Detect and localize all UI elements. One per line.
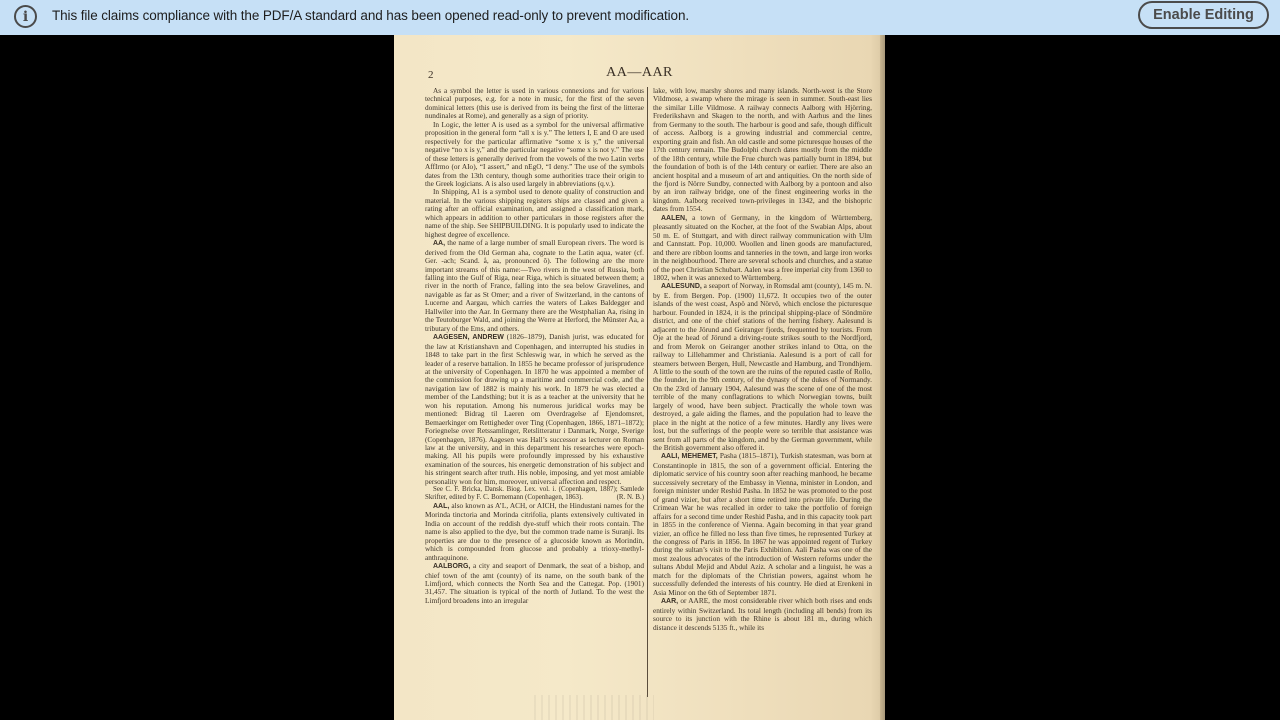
article-paragraph: lake, with low, marshy shores and many i… (653, 87, 872, 214)
entry-text: lake, with low, marshy shores and many i… (653, 86, 872, 213)
entry-text: also known as A’L, ACH, or AICH, the Hin… (425, 501, 644, 562)
article-entry: AA, the name of a large number of small … (425, 239, 644, 333)
entry-headword: AALESUND, (661, 283, 702, 290)
article-paragraph: In Shipping, A1 is a symbol used to deno… (425, 188, 644, 239)
running-head: AA—AAR (394, 65, 885, 81)
article-paragraph: As a symbol the letter is used in variou… (425, 87, 644, 121)
column-divider (647, 87, 648, 697)
article-paragraph: In Logic, the letter A is used as a symb… (425, 121, 644, 189)
right-column: lake, with low, marshy shores and many i… (653, 87, 872, 632)
entry-headword: AAL, (433, 503, 449, 510)
article-entry: AAL, also known as A’L, ACH, or AICH, th… (425, 502, 644, 562)
left-column: As a symbol the letter is used in variou… (425, 87, 644, 605)
page-edge (880, 35, 885, 720)
enable-editing-button[interactable]: Enable Editing (1138, 1, 1269, 29)
entry-headword: AA, (433, 240, 445, 247)
entry-headword: AALEN, (661, 215, 687, 222)
entry-text: a town of Germany, in the kingdom of Wür… (653, 213, 872, 282)
entry-headword: AAGESEN, ANDREW (433, 334, 504, 341)
entry-text: a seaport of Norway, in Romsdal amt (cou… (653, 281, 872, 452)
article-entry: AALBORG, a city and seaport of Denmark, … (425, 562, 644, 605)
entry-text: or AARE, the most considerable river whi… (653, 596, 872, 631)
entry-text: As a symbol the letter is used in variou… (425, 86, 644, 120)
article-entry: AALI, MEHEMET, Pasha (1815–1871), Turkis… (653, 452, 872, 597)
entry-text: (1826–1879), Danish jurist, was educated… (425, 332, 644, 486)
entry-headword: AAR, (661, 598, 678, 605)
article-entry: AALESUND, a seaport of Norway, in Romsda… (653, 282, 872, 452)
entry-text: In Logic, the letter A is used as a symb… (425, 120, 644, 188)
info-icon: i (14, 5, 37, 28)
article-entry: AAGESEN, ANDREW (1826–1879), Danish juri… (425, 333, 644, 486)
entry-text: In Shipping, A1 is a symbol used to deno… (425, 187, 644, 238)
read-only-info-bar: i This file claims compliance with the P… (0, 0, 1280, 35)
article-entry: AAR, or AARE, the most considerable rive… (653, 597, 872, 632)
scan-artifact (534, 695, 654, 720)
entry-text: Pasha (1815–1871), Turkish statesman, wa… (653, 451, 872, 596)
info-message: This file claims compliance with the PDF… (52, 8, 689, 23)
entry-text: the name of a large number of small Euro… (425, 238, 644, 333)
entry-headword: AALI, MEHEMET, (661, 453, 718, 460)
document-page[interactable]: 2 AA—AAR As a symbol the letter is used … (394, 35, 885, 720)
article-paragraph: See C. F. Bricka, Dansk. Biog. Lex. vol.… (425, 486, 644, 502)
article-entry: AALEN, a town of Germany, in the kingdom… (653, 214, 872, 283)
entry-headword: AALBORG, (433, 563, 470, 570)
